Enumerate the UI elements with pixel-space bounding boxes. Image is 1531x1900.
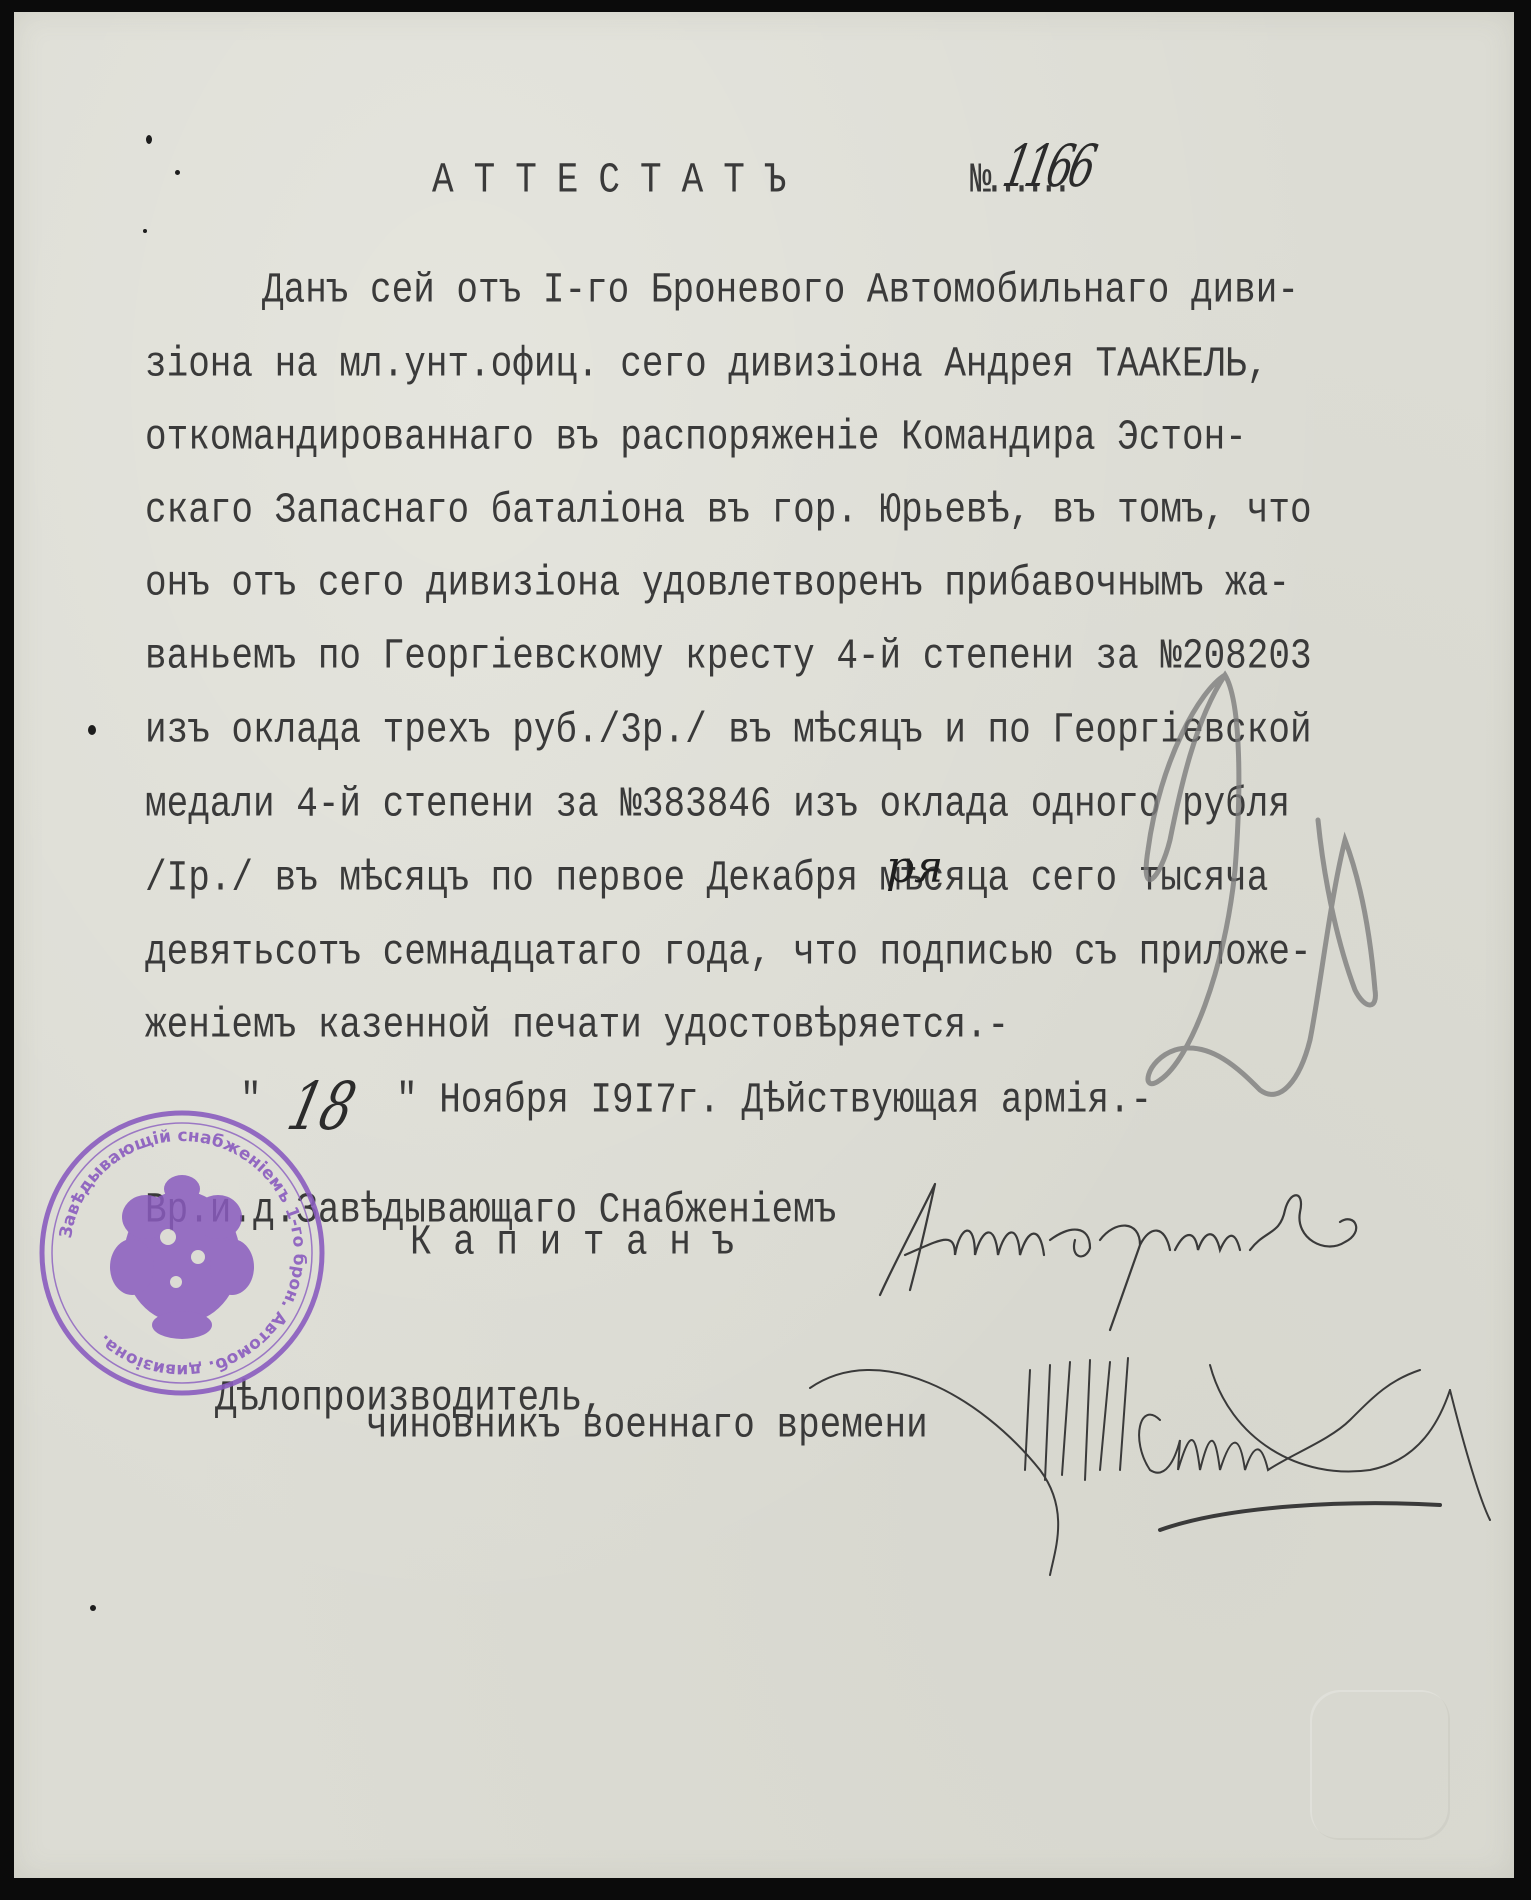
body-line: зіона на мл.унт.офиц. сего дивизіона Анд… [145, 344, 1268, 386]
body-line: /Iр./ въ мѣсяцъ по первое Декабря мѣсяца… [145, 858, 1268, 900]
document-number-handwritten: 1166 [998, 132, 1099, 200]
body-line: откомандированнаго въ распоряженіе Коман… [145, 417, 1247, 459]
embossed-mark [1310, 1690, 1450, 1840]
paper-speck [175, 170, 180, 175]
signatory-1-rank: К а п и т а н ъ [410, 1222, 734, 1264]
body-line: медали 4-й степени за №383846 изъ оклада… [145, 784, 1290, 826]
body-line: изъ оклада трехъ руб./3р./ въ мѣсяцъ и п… [145, 710, 1312, 752]
body-line: женіемъ казенной печати удостовѣряется.- [145, 1005, 1009, 1047]
body-line: онъ отъ сего дивизіона удовлетворенъ при… [145, 563, 1290, 605]
paper-speck [146, 135, 152, 144]
signatory-2-subtitle: чиновникъ военнаго времени [366, 1405, 928, 1447]
double-headed-eagle-icon [110, 1175, 254, 1339]
body-line: ваньемъ по Георгіевскому кресту 4-й степ… [145, 636, 1312, 678]
body-line: девятьсотъ семнадцатаго года, что подпис… [145, 932, 1312, 974]
handwritten-correction: ря [886, 842, 943, 893]
paper-speck [143, 229, 147, 233]
date-line-text: " Ноября I9I7г. Дѣйствующая армія.- [396, 1080, 1152, 1122]
paper-speck [90, 1605, 96, 1611]
document-title: АТТЕСТАТЪ [432, 160, 806, 202]
official-stamp: Завѣдывающій снабженіемъ 1-го брон. Авто… [36, 1107, 328, 1399]
body-line: Данъ сей отъ I-го Броневого Автомобильна… [262, 270, 1299, 312]
paper-speck [88, 725, 96, 735]
body-line: скаго Запаснаго баталіона въ гор. Юрьевѣ… [145, 490, 1312, 532]
